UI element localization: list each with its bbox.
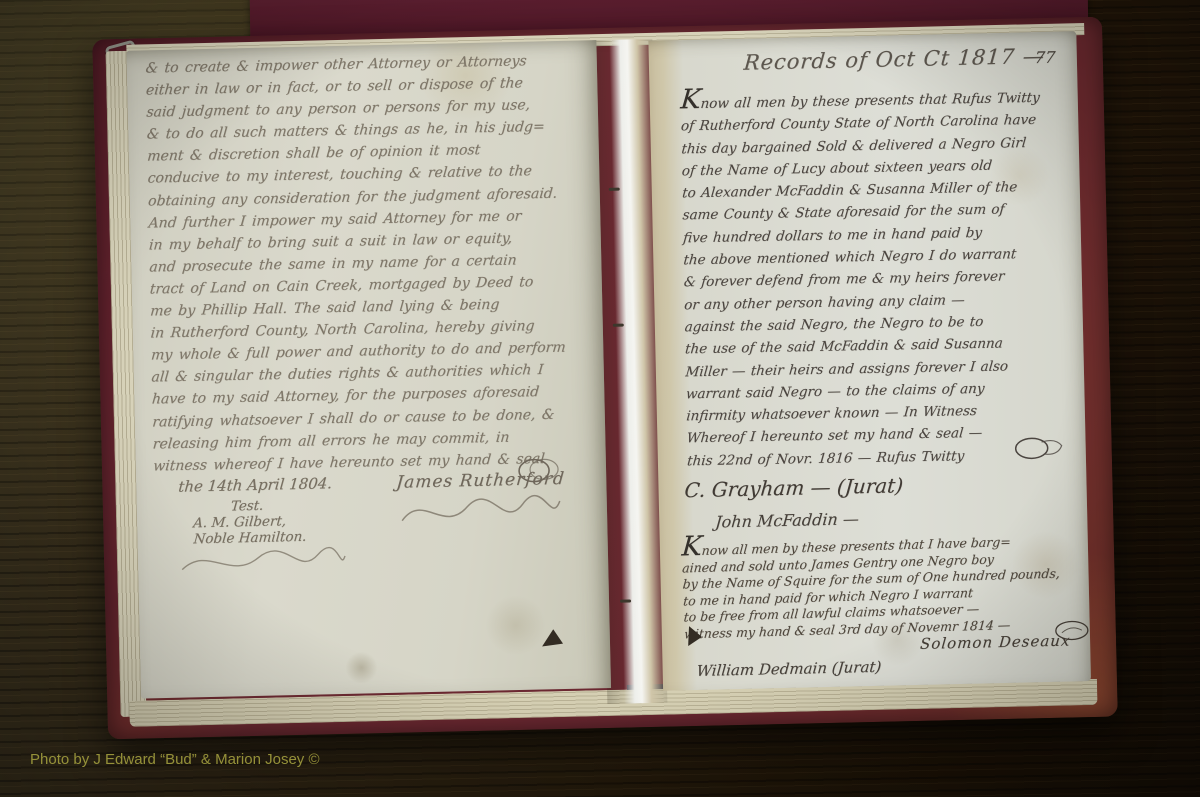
- page-number: 77: [1034, 48, 1056, 68]
- seal-scribble-icon: [1011, 434, 1066, 463]
- attest-label: Test.: [230, 497, 306, 515]
- bill-of-sale-squire: Know all men by these presents that I ha…: [681, 528, 1080, 642]
- witness-mcfaddin: John McFaddin —: [715, 509, 860, 531]
- photographer-watermark: Photo by J Edward “Bud” & Marion Josey ©: [30, 751, 320, 768]
- binding-stitch-icon: [609, 188, 620, 191]
- attest-flourish: [178, 546, 349, 580]
- signature-solomon-deseaux: Solomon Deseaux: [919, 631, 1071, 652]
- attestation-block: Test. A. M. Gilbert, Noble Hamilton.: [193, 497, 307, 548]
- ink-blot-mark: [542, 629, 563, 646]
- witness-dedmain: William Dedmain (Jurat): [696, 658, 882, 680]
- witness-hamilton: Noble Hamilton.: [193, 529, 307, 548]
- closing-date: the 14th April 1804.: [178, 474, 333, 496]
- signature-flourish: [399, 493, 564, 529]
- right-page: Records of Oct Ct 1817 — 77 Know all men…: [648, 31, 1091, 691]
- seal-scribble-icon: [514, 453, 563, 488]
- open-record-book: & to create & impower other Attorney or …: [92, 17, 1118, 740]
- photo-of-deed-book: & to create & impower other Attorney or …: [0, 0, 1200, 797]
- binding-stitch-icon: [620, 599, 631, 602]
- seal-scribble-icon: [1054, 619, 1090, 642]
- page-header: Records of Oct Ct 1817 —: [743, 44, 1046, 75]
- page-header-row: Records of Oct Ct 1817 — 77: [744, 44, 1064, 85]
- binding-stitch-icon: [613, 324, 624, 327]
- left-page-text: & to create & impower other Attorney or …: [145, 49, 593, 477]
- bill-of-sale-lucy: Know all men by these presents that Rufu…: [680, 82, 1067, 472]
- witness-grayham: C. Grayham — (Jurat): [684, 473, 904, 502]
- left-page: & to create & impower other Attorney or …: [126, 40, 611, 698]
